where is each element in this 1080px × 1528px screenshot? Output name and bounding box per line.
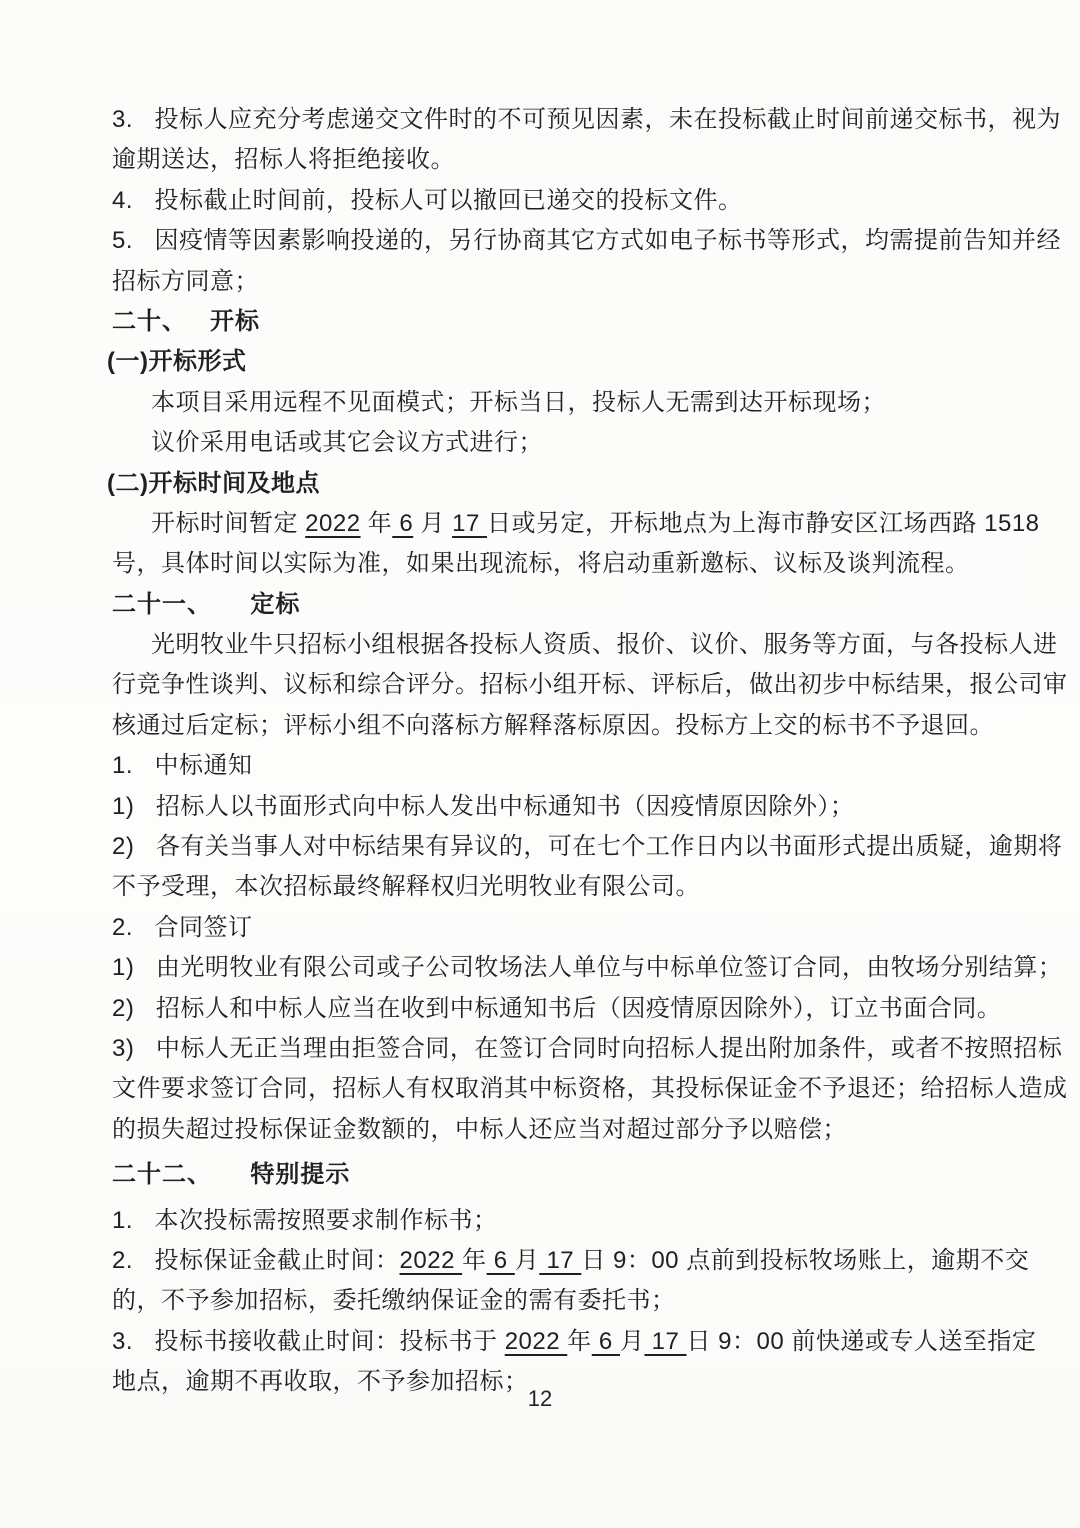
notice-1: 1. 本次投标需按照要求制作标书； — [112, 1201, 932, 1241]
underlined-fill-in-value: 2022 — [505, 1328, 568, 1355]
text-segment: 2. 投标保证金截止时间： — [112, 1247, 400, 1274]
document-lines: 3. 投标人应充分考虑递交文件时的不可预见因素，未在投标截止时间前递交标书，视为… — [112, 100, 932, 1403]
document-page: 3. 投标人应充分考虑递交文件时的不可预见因素，未在投标截止时间前递交标书，视为… — [0, 0, 1080, 1528]
section-22-heading: 二十二、 特别提示 — [112, 1155, 932, 1195]
text-segment: 日或另定，开标地点为上海市静安区江场西路 1518 — [487, 510, 1040, 537]
para-open-bid-time-line-1: 开标时间暂定 2022 年 6 月 17 日或另定，开标地点为上海市静安区江场西… — [112, 504, 932, 544]
text-segment: 日 9：00 点前到投标牧场账上，逾期不交 — [581, 1247, 1029, 1274]
text-segment: 月 — [620, 1328, 645, 1355]
section-20-heading: 二十、 开标 — [112, 302, 932, 342]
subsection-20-2-heading: (二)开标时间及地点 — [107, 464, 932, 504]
item-1-1: 1) 招标人以书面形式向中标人发出中标通知书（因疫情原因除外）； — [112, 787, 932, 827]
underlined-fill-in-value: 2022 — [400, 1247, 463, 1274]
underlined-fill-in-value: 17 — [539, 1247, 581, 1274]
text-segment: 开标时间暂定 — [151, 510, 305, 537]
item-2-1: 1) 由光明牧业有限公司或子公司牧场法人单位与中标单位签订合同，由牧场分别结算； — [112, 948, 932, 988]
underlined-fill-in-value: 2022 — [305, 510, 360, 537]
subsection-20-1-heading: (一)开标形式 — [107, 342, 932, 382]
item-1-award-notice: 1. 中标通知 — [112, 746, 932, 786]
text-segment: 月 — [413, 510, 452, 537]
item-2-3-line-2: 文件要求签订合同，招标人有权取消其中标资格，其投标保证金不予退还；给招标人造成 — [112, 1069, 932, 1109]
clause-3-line-1: 3. 投标人应充分考虑递交文件时的不可预见因素，未在投标截止时间前递交标书，视为 — [112, 100, 932, 140]
item-2-3-line-3: 的损失超过投标保证金数额的，中标人还应当对超过部分予以赔偿； — [112, 1110, 932, 1150]
item-2-2: 2) 招标人和中标人应当在收到中标通知书后（因疫情原因除外），订立书面合同。 — [112, 989, 932, 1029]
clause-5-line-1: 5. 因疫情等因素影响投递的，另行协商其它方式如电子标书等形式，均需提前告知并经 — [112, 221, 932, 261]
section-21-heading: 二十一、 定标 — [112, 585, 932, 625]
text-segment: 年 — [567, 1328, 592, 1355]
para-award-line-3: 核通过后定标；评标小组不向落标方解释落标原因。投标方上交的标书不予退回。 — [112, 706, 932, 746]
notice-2-line-2: 的，不予参加招标，委托缴纳保证金的需有委托书； — [112, 1281, 932, 1321]
para-open-bid-time-line-2: 号，具体时间以实际为准，如果出现流标，将启动重新邀标、议标及谈判流程。 — [112, 544, 932, 584]
underlined-fill-in-value: 17 — [452, 510, 487, 537]
item-2-contract-signing: 2. 合同签订 — [112, 908, 932, 948]
text-segment: 年 — [361, 510, 393, 537]
clause-3-line-2: 逾期送达，招标人将拒绝接收。 — [112, 140, 932, 180]
para-award-line-1: 光明牧业牛只招标小组根据各投标人资质、报价、议价、服务等方面，与各投标人进 — [112, 625, 932, 665]
text-segment: 月 — [515, 1247, 540, 1274]
item-1-2-line-1: 2) 各有关当事人对中标结果有异议的，可在七个工作日内以书面形式提出质疑，逾期将 — [112, 827, 932, 867]
clause-4: 4. 投标截止时间前，投标人可以撤回已递交的投标文件。 — [112, 181, 932, 221]
text-segment: 年 — [462, 1247, 487, 1274]
item-2-3-line-1: 3) 中标人无正当理由拒签合同，在签订合同时向招标人提出附加条件，或者不按照招标 — [112, 1029, 932, 1069]
notice-2-line-1: 2. 投标保证金截止时间：2022 年 6 月 17 日 9：00 点前到投标牧… — [112, 1241, 932, 1281]
underlined-fill-in-value: 6 — [487, 1247, 515, 1274]
para-open-bid-mode-line-1: 本项目采用远程不见面模式；开标当日，投标人无需到达开标现场； — [112, 383, 932, 423]
para-open-bid-mode-line-2: 议价采用电话或其它会议方式进行； — [112, 423, 932, 463]
text-segment: 3. 投标书接收截止时间：投标书于 — [112, 1328, 505, 1355]
page-number: 12 — [0, 1386, 1080, 1412]
item-1-2-line-2: 不予受理，本次招标最终解释权归光明牧业有限公司。 — [112, 867, 932, 907]
text-segment: 日 9：00 前快递或专人送至指定 — [686, 1328, 1036, 1355]
notice-3-line-1: 3. 投标书接收截止时间：投标书于 2022 年 6 月 17 日 9：00 前… — [112, 1322, 932, 1362]
underlined-fill-in-value: 17 — [644, 1328, 686, 1355]
underlined-fill-in-value: 6 — [592, 1328, 620, 1355]
clause-5-line-2: 招标方同意； — [112, 262, 932, 302]
underlined-fill-in-value: 6 — [392, 510, 413, 537]
para-award-line-2: 行竞争性谈判、议标和综合评分。招标小组开标、评标后，做出初步中标结果，报公司审 — [112, 665, 932, 705]
